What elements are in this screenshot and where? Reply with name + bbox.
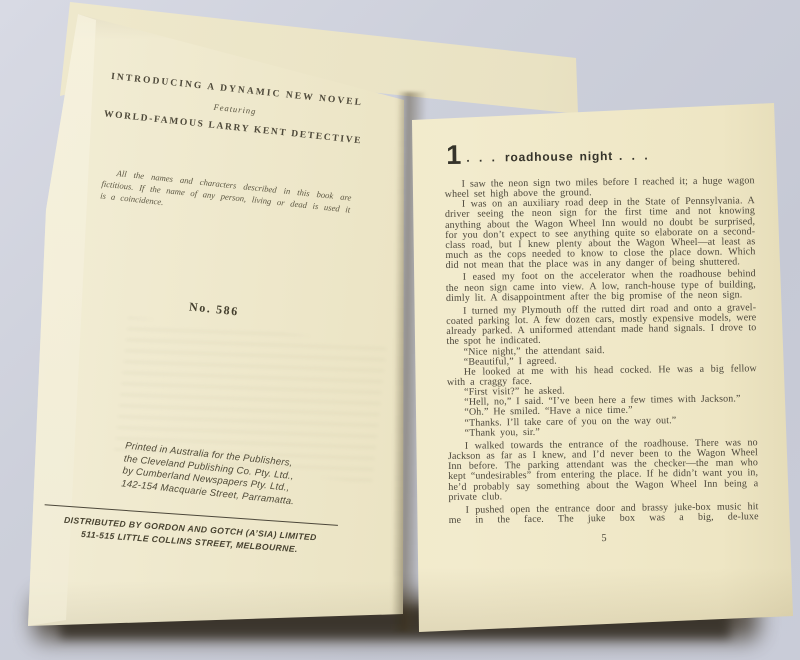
catalog-number: No. 586 (66, 287, 362, 333)
chapter-heading: 1. . .roadhouse night. . . (446, 138, 754, 169)
paragraph: I turned my Plymouth off the rutted dirt… (446, 303, 756, 347)
chapter-title: roadhouse night (505, 149, 613, 164)
paragraph: I walked towards the entrance of the roa… (448, 438, 759, 503)
printer-imprint: Printed in Australia for the Publishers,… (121, 440, 330, 512)
chapter-leader-dots: . . . (466, 150, 498, 164)
fiction-disclaimer: All the names and characters described i… (100, 166, 352, 228)
photo-background: INTRODUCING A DYNAMIC NEW NOVEL Featurin… (0, 0, 800, 660)
right-page-content: 1. . .roadhouse night. . . I saw the neo… (444, 132, 759, 546)
paragraph: I pushed open the entrance door and bras… (449, 502, 759, 526)
left-page-content: INTRODUCING A DYNAMIC NEW NOVEL Featurin… (41, 16, 390, 569)
chapter-body-text: I saw the neon sign two miles before I r… (445, 176, 759, 526)
chapter-trailing-dots: . . . (619, 148, 651, 162)
chapter-number: 1 (446, 140, 461, 170)
paragraph: I eased my foot on the accelerator when … (446, 270, 756, 304)
paragraph: I was on an auxiliary road deep in the S… (445, 197, 756, 272)
